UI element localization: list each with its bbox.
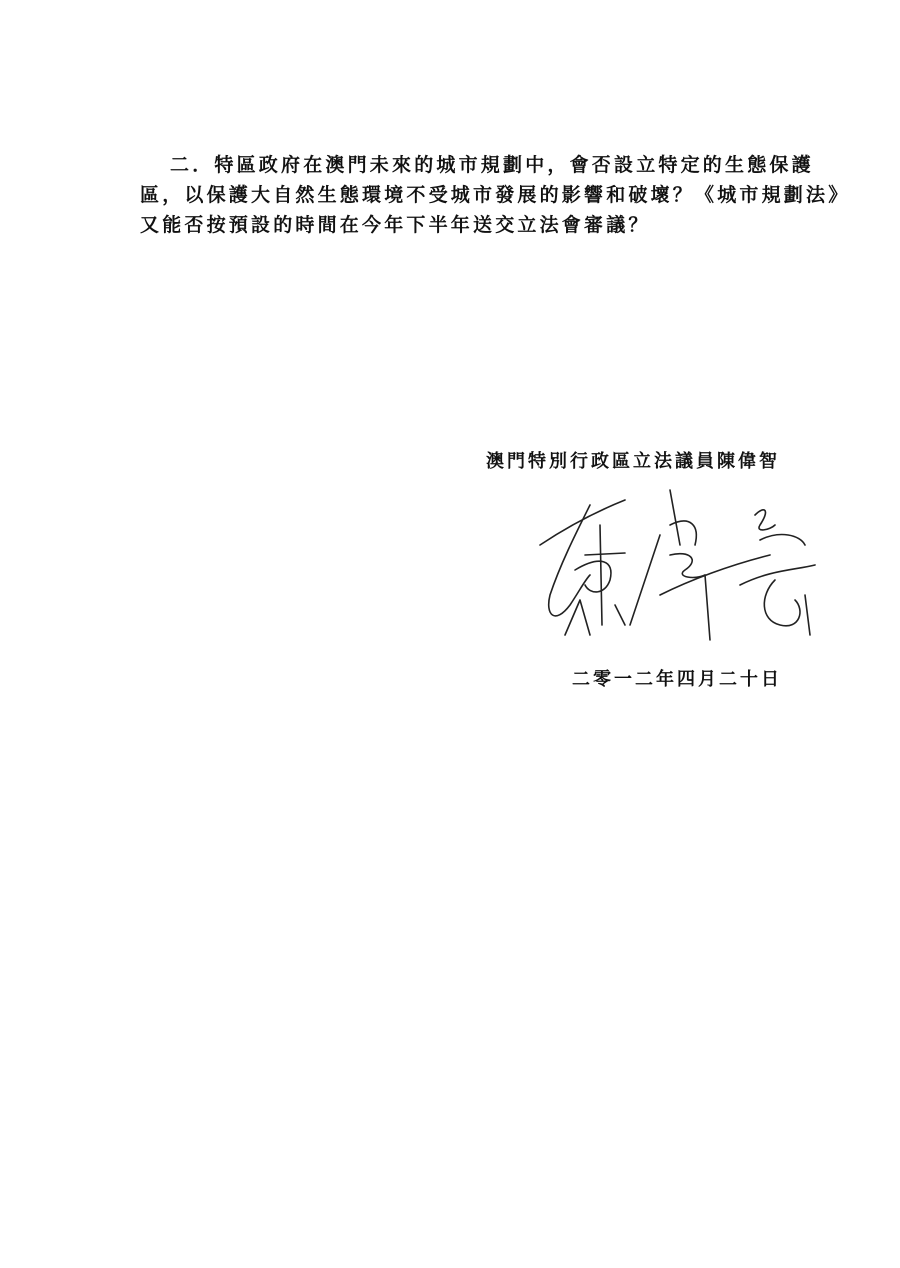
- signer-title: 澳門特別行政區立法議員陳偉智: [486, 447, 780, 473]
- handwritten-signature: [530, 485, 820, 650]
- paragraph-line-1: 二．特區政府在澳門未來的城市規劃中，會否設立特定的生態保護: [140, 150, 790, 180]
- document-date: 二零一二年四月二十日: [572, 665, 782, 691]
- question-paragraph: 二．特區政府在澳門未來的城市規劃中，會否設立特定的生態保護 區，以保護大自然生態…: [140, 150, 790, 240]
- paragraph-line-3: 又能否按預設的時間在今年下半年送交立法會審議？: [140, 210, 790, 240]
- paragraph-line-2: 區，以保護大自然生態環境不受城市發展的影響和破壞？《城市規劃法》: [140, 180, 790, 210]
